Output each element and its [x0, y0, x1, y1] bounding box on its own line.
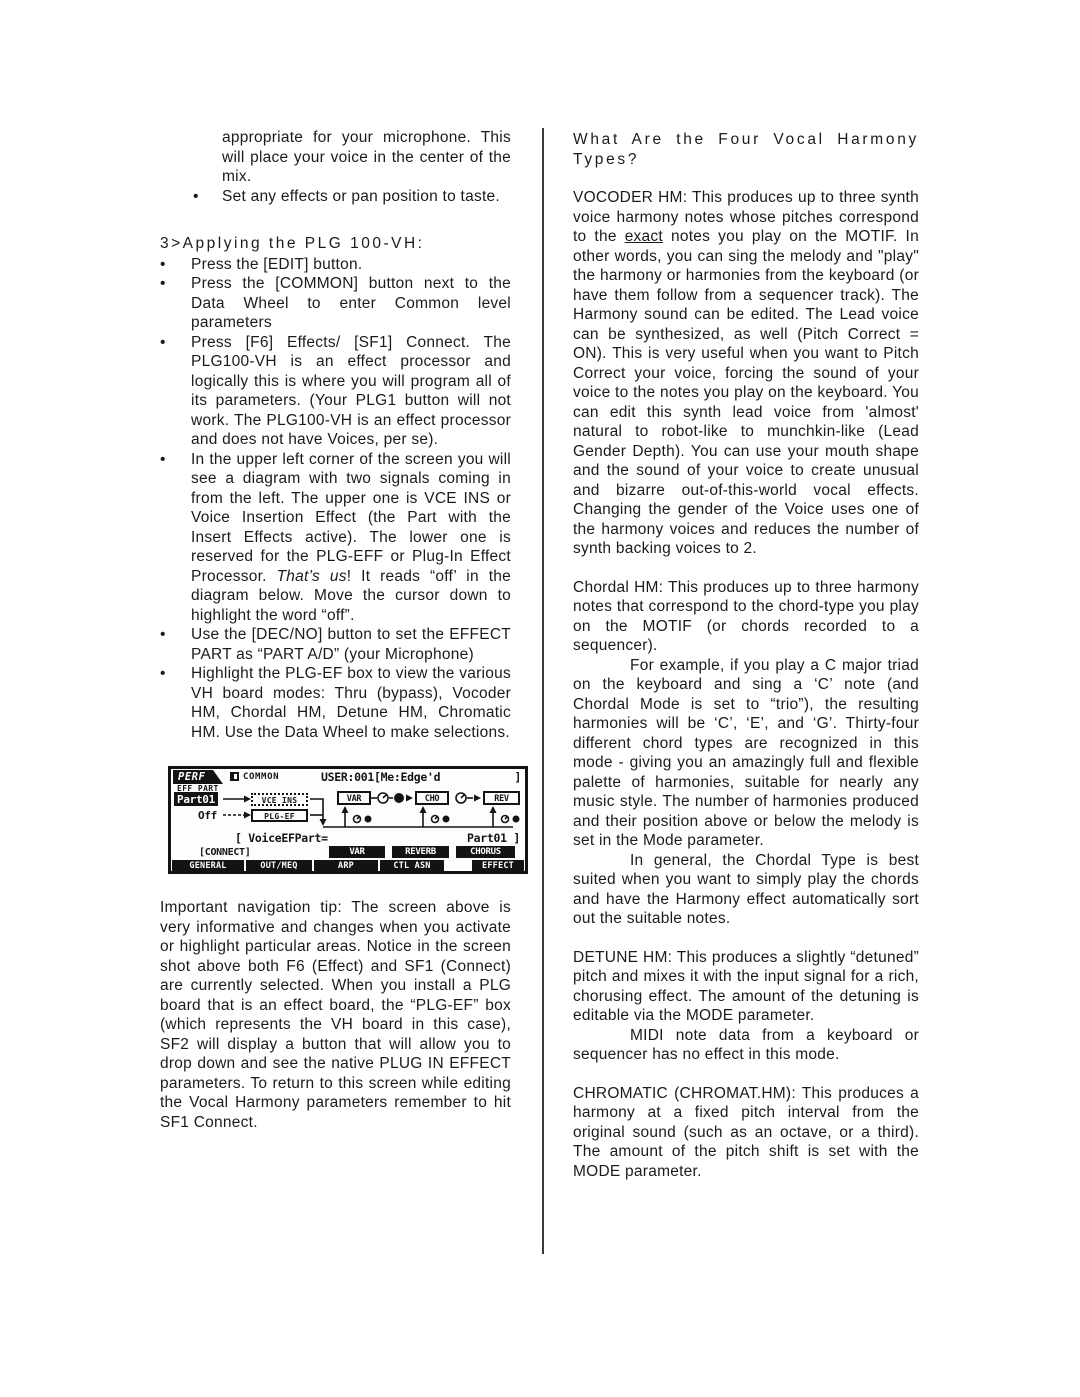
bullet-icon: • [193, 187, 222, 207]
bullet-item: • Use the [DEC/NO] button to set the EFF… [160, 625, 511, 664]
bullet-text: Press the [COMMON] button next to the Da… [191, 274, 511, 333]
column-divider [542, 128, 544, 1254]
bullet-continuation-text: appropriate for your microphone. This wi… [222, 128, 511, 187]
plg-ef-off-value: Off [198, 809, 217, 822]
left-column: appropriate for your microphone. This wi… [160, 128, 511, 1132]
tab-general: GENERAL [172, 860, 244, 871]
chorus-effect-box: CHO [415, 791, 449, 805]
performance-name-display: USER:001[Me:Edge'd [321, 770, 440, 784]
chordal-example-paragraph: For example, if you play a C major triad… [573, 656, 919, 851]
bullet-item: • Press [F6] Effects/ [SF1] Connect. The… [160, 333, 511, 450]
bullet-text: Set any effects or pan position to taste… [222, 187, 511, 207]
tab-ctl-asn: CTL ASN [380, 860, 444, 871]
bullet-item: • Press the [COMMON] button next to the … [160, 274, 511, 333]
perf-tab-label: PERF [178, 771, 205, 783]
bullet-item: • Set any effects or pan position to tas… [193, 187, 511, 207]
display-close-bracket: ] [514, 770, 521, 784]
tab-effect: EFFECT [472, 860, 524, 871]
chromatic-paragraph: CHROMATIC (CHROMAT.HM): This produces a … [573, 1084, 919, 1182]
bullet-text: Press the [EDIT] button. [191, 255, 511, 275]
tab-out-meq: OUT/MEQ [246, 860, 312, 871]
chorus-softkey: CHORUS [456, 846, 515, 858]
chordal-paragraph: Chordal HM: This produces up to three ha… [573, 578, 919, 656]
reverb-softkey: REVERB [392, 846, 449, 858]
var-softkey: VAR [329, 846, 385, 858]
vocoder-paragraph: VOCODER HM: This produces up to three sy… [573, 188, 919, 559]
nav-tip-paragraph: Important navigation tip: The screen abo… [160, 898, 511, 1132]
vce-ins-box: VCE INS [251, 793, 308, 806]
variation-effect-box: VAR [337, 791, 371, 805]
bullet-icon: • [160, 625, 191, 664]
reverb-effect-box: REV [483, 791, 520, 805]
bullet-icon: • [160, 450, 191, 626]
plg-ef-box: PLG-EF [251, 809, 308, 822]
bullet-text: Use the [DEC/NO] button to set the EFFEC… [191, 625, 511, 664]
detune-midi-paragraph: MIDI note data from a keyboard or sequen… [573, 1026, 919, 1065]
detune-paragraph: DETUNE HM: This produces a slightly “det… [573, 948, 919, 1026]
vocoder-text-underlined: exact [625, 228, 663, 245]
chordal-general-paragraph: In general, the Chordal Type is best sui… [573, 851, 919, 929]
bullet-text: Press [F6] Effects/ [SF1] Connect. The P… [191, 333, 511, 450]
part-select-value: Part01 [174, 792, 218, 806]
common-icon [230, 772, 239, 781]
bullet-icon: • [160, 274, 191, 333]
intro-block: appropriate for your microphone. This wi… [193, 128, 511, 206]
bullet-text-pre: In the upper left corner of the screen y… [191, 451, 511, 585]
bullet-item: • In the upper left corner of the screen… [160, 450, 511, 626]
bullet-text: In the upper left corner of the screen y… [191, 450, 511, 626]
bullet-item: • Highlight the PLG-EF box to view the v… [160, 664, 511, 742]
right-section-heading: What Are the Four Vocal Harmony Types? [573, 130, 919, 169]
lcd-screenshot: PERF COMMON USER:001[Me:Edge'd ] EFF PAR… [168, 766, 528, 874]
tab-arp: ARP [314, 860, 378, 871]
steps-list: • Press the [EDIT] button. • Press the [… [160, 255, 511, 743]
manual-page: appropriate for your microphone. This wi… [0, 0, 1080, 1397]
bullet-icon: • [160, 664, 191, 742]
bullet-text: Highlight the PLG-EF box to view the var… [191, 664, 511, 742]
right-column: What Are the Four Vocal Harmony Types? V… [573, 130, 919, 1181]
connect-softkey: [CONNECT] [199, 847, 251, 858]
common-label: COMMON [243, 772, 279, 782]
bullet-icon: • [160, 255, 191, 275]
voice-ef-part-label: [ VoiceEFPart= [235, 831, 328, 845]
bullet-icon: • [160, 333, 191, 450]
vocoder-text-post: notes you play on the MOTIF. In other wo… [573, 228, 919, 557]
bullet-text-italic: That’s us [277, 568, 347, 585]
voice-ef-part-value: Part01 ] [467, 831, 520, 845]
bullet-item: • Press the [EDIT] button. [160, 255, 511, 275]
section-heading: 3>Applying the PLG 100-VH: [160, 234, 511, 254]
